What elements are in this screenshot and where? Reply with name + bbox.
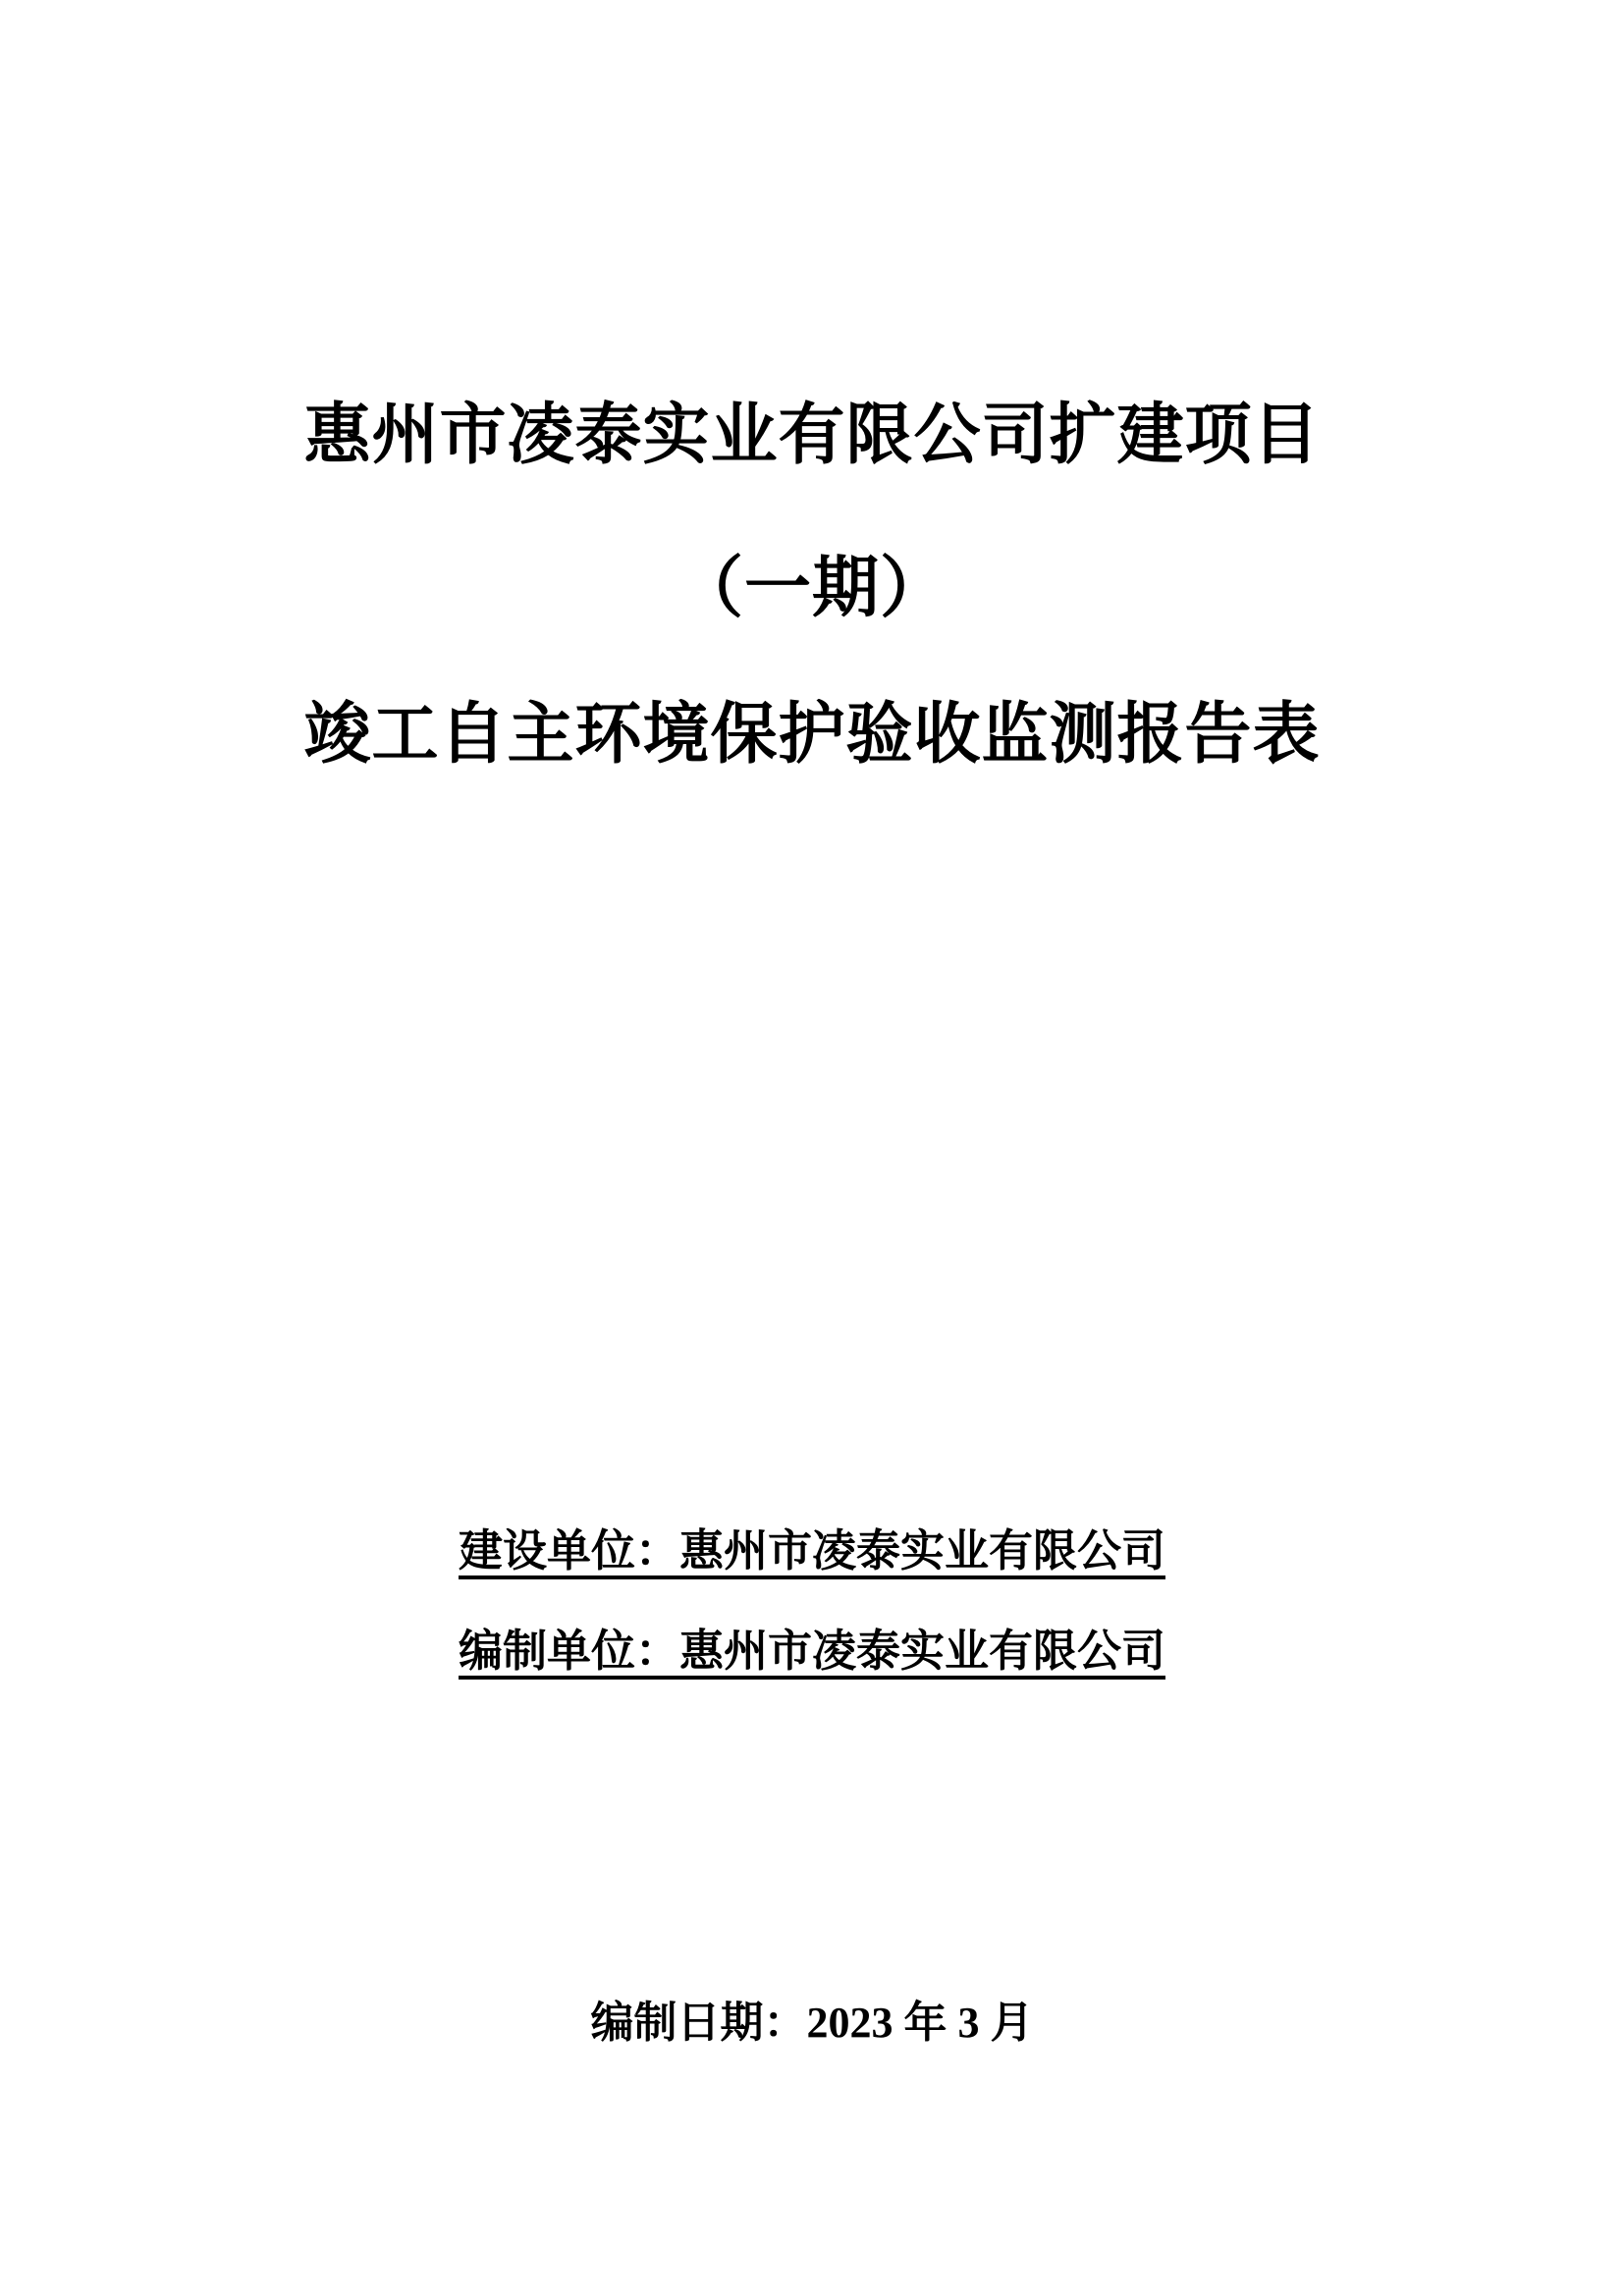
project-title: 惠州市凌泰实业有限公司扩建项目	[0, 399, 1624, 472]
compilation-date-line: 编制日期：2023 年 3 月	[0, 1999, 1624, 2048]
date-label: 编制日期：	[591, 1999, 807, 2047]
construction-unit-underline: 建设单位：惠州市凌泰实业有限公司	[459, 1527, 1165, 1579]
construction-unit-line: 建设单位：惠州市凌泰实业有限公司	[0, 1527, 1624, 1579]
project-phase: （一期）	[0, 552, 1624, 625]
compilation-unit-label: 编制单位：	[459, 1627, 679, 1676]
document-cover-page: 惠州市凌泰实业有限公司扩建项目 （一期） 竣工自主环境保护验收监测报告表 建设单…	[0, 0, 1624, 2296]
construction-unit-label: 建设单位：	[459, 1526, 679, 1575]
report-type-title: 竣工自主环境保护验收监测报告表	[0, 698, 1624, 772]
compilation-unit-value: 惠州市凌泰实业有限公司	[679, 1627, 1165, 1676]
construction-unit-value: 惠州市凌泰实业有限公司	[679, 1526, 1165, 1575]
compilation-unit-line: 编制单位：惠州市凌泰实业有限公司	[0, 1628, 1624, 1680]
compilation-unit-underline: 编制单位：惠州市凌泰实业有限公司	[459, 1628, 1165, 1680]
date-value: 2023 年 3 月	[807, 1999, 1034, 2047]
